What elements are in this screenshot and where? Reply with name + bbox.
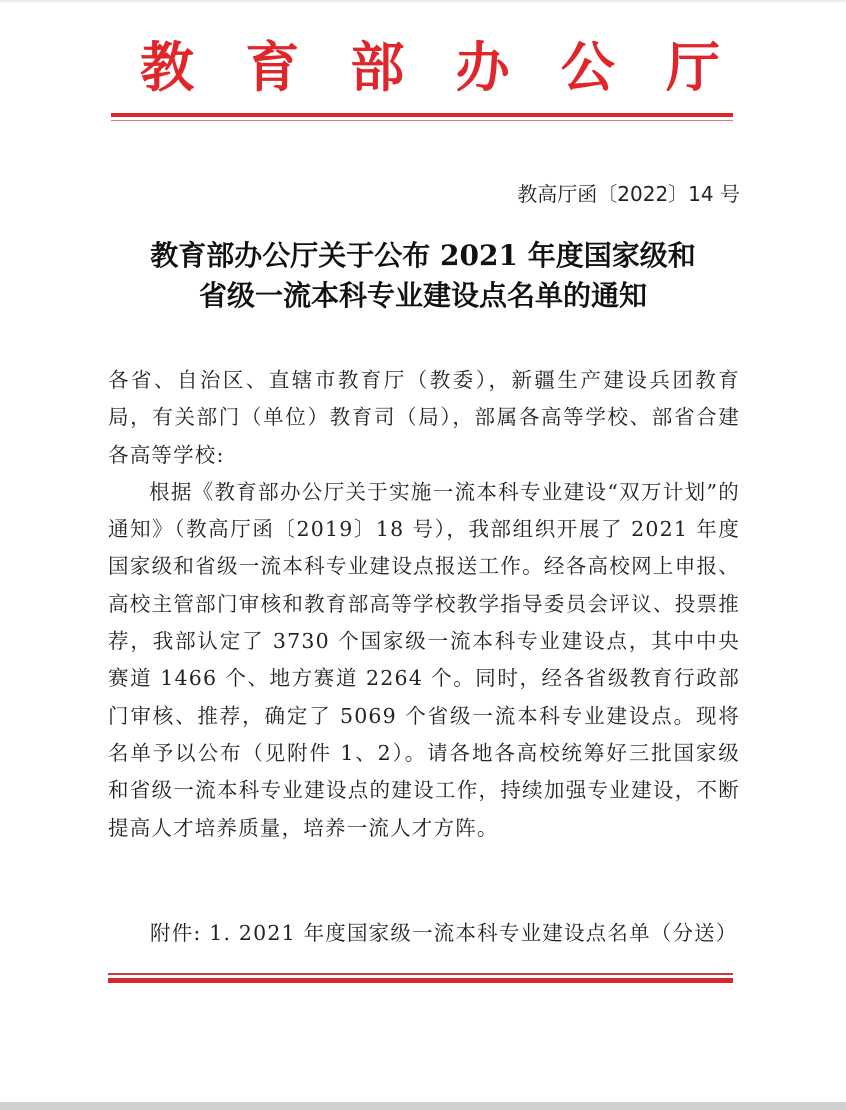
masthead-char: 厅 [666, 25, 720, 102]
title-line-1: 教育部办公厅关于公布 2021 年度国家级和 [110, 236, 736, 276]
masthead-char: 育 [245, 25, 299, 102]
masthead-char: 办 [456, 25, 510, 102]
document-body: 各省、自治区、直辖市教育厅（教委），新疆生产建设兵团教育局，有关部门（单位）教育… [108, 362, 740, 847]
masthead-char: 部 [350, 25, 404, 102]
masthead-char: 公 [561, 25, 615, 102]
top-edge [0, 0, 846, 2]
title-line-2: 省级一流本科专业建设点名单的通知 [110, 276, 736, 316]
masthead-char: 教 [140, 25, 194, 102]
masthead: 教 育 部 办 公 厅 [140, 28, 720, 98]
attachment-line: 附件: 1. 2021 年度国家级一流本科专业建设点名单（分送） [150, 918, 750, 948]
salutation: 各省、自治区、直辖市教育厅（教委），新疆生产建设兵团教育局，有关部门（单位）教育… [108, 362, 740, 474]
header-rule-thin [111, 120, 733, 121]
footer-rule-thick [108, 978, 733, 983]
document-title: 教育部办公厅关于公布 2021 年度国家级和 省级一流本科专业建设点名单的通知 [110, 236, 736, 316]
footer-rule-thin [108, 973, 733, 975]
document-number: 教高厅函〔2022〕14 号 [490, 178, 740, 207]
body-paragraph: 根据《教育部办公厅关于实施一流本科专业建设“双万计划”的通知》（教高厅函〔201… [108, 474, 740, 847]
header-rule-thick [111, 113, 733, 117]
bottom-bar [0, 1102, 846, 1110]
